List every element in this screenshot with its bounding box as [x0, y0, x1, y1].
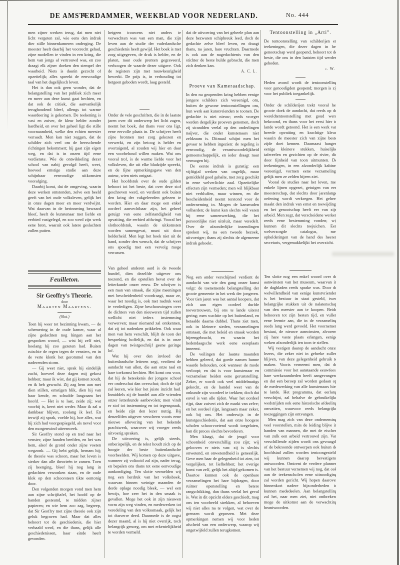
body-text-paragraph: De veilingen der laatste maanden hebben …: [186, 352, 259, 435]
feuilleton-part-label: (Slot.): [28, 315, 101, 320]
section-divider: [212, 271, 234, 272]
scan-edge-artifact-top: [0, 0, 152, 1]
article-block: De tentoonstelling van schilderijen en t…: [264, 39, 336, 75]
scan-smudge: [332, 252, 394, 256]
article-continuation: dat de uitvoering van het geheele plan a…: [186, 30, 259, 82]
feuilleton-rule-top: [28, 271, 101, 274]
column-4: Tentoonstelling in „Arti”. De tentoonste…: [264, 30, 336, 558]
article-block: In den nu geopenden kring hebben eenige …: [186, 92, 259, 268]
body-text-paragraph: Onder de vele geschriften, die in de laa…: [108, 113, 181, 179]
feuilleton-body: Toen hij weer tot bezinning kwam, — de s…: [28, 322, 101, 542]
body-text-paragraph: Vooral de studies naar het leven, met en…: [264, 180, 336, 246]
article-block: Ten slotte nog een enkel woord over de a…: [264, 274, 336, 511]
body-text-paragraph: hetgeen trouwens niet anders te verwacht…: [108, 30, 181, 85]
body-text-paragraph: Nog een ander verschijnsel verdient de a…: [186, 275, 259, 352]
masthead-title: DE AMSTERDAMMER, WEEKBLAD VOOR NEDERLAND…: [28, 13, 280, 20]
body-text-paragraph: Den volgenden morgen vond men hem aan zi…: [28, 487, 101, 542]
column-rule-1: [104, 30, 105, 558]
header-rule: [28, 24, 338, 25]
feuilleton-title: Sir Geoffry's Theorie.: [28, 292, 101, 299]
body-text-paragraph: Het hoofdstuk over de oude gilden behoor…: [108, 179, 181, 256]
article-heading: Tentoonstelling in „Arti”.: [264, 30, 336, 37]
body-text-paragraph: men zijner werken terug, dat men niet li…: [28, 30, 101, 85]
notice-block: Heden avond wordt de tentoonstelling voo…: [264, 80, 336, 97]
column-3: dat de uitvoering van het geheele plan a…: [186, 30, 259, 558]
feuilleton-short-rule: [58, 312, 72, 313]
body-text-paragraph: Wat hij over den invloed der buitenlands…: [108, 354, 181, 437]
body-text-paragraph: Het is dan ook geen wonder, dat de belan…: [28, 85, 101, 184]
body-text-paragraph: Toen hij weer tot bezinning kwam, — de s…: [28, 322, 101, 366]
feuilleton-author: Maarten Maartens.: [28, 304, 101, 310]
section-divider: [290, 271, 312, 272]
body-text-paragraph: De uitvoering is, gelijk steeds, onberis…: [108, 436, 181, 535]
body-text-paragraph: De tentoonstelling van schilderijen en t…: [264, 39, 336, 67]
scan-edge-artifact-left: [7, 0, 8, 130]
body-text-paragraph: Daarbij komt, dat de omgeving, waarin de…: [28, 184, 101, 234]
article-heading: Proeve van Kameraadschap.: [186, 84, 259, 91]
body-text-paragraph: De eerste indruk is gunstig: een vijftig…: [186, 164, 259, 247]
article-block: Onder de schilderijen trekt vooral het g…: [264, 103, 336, 268]
body-text-paragraph: Men mag zich van deze onderneming veel v…: [264, 417, 336, 511]
body-text-paragraph: In den nu geopenden kring hebben eenige …: [186, 92, 259, 164]
body-text-paragraph: Onder de schilderijen trekt vooral het g…: [264, 103, 336, 180]
newspaper-scan-page: 4 DE AMSTERDAMMER, WEEKBLAD VOOR NEDERLA…: [0, 0, 400, 565]
scan-edge-artifact-right: [397, 0, 399, 565]
body-text-paragraph: Wij vestigen daarop de aandacht onzer le…: [264, 346, 336, 418]
section-divider: [140, 110, 150, 111]
column-1: men zijner werken terug, dat men niet li…: [28, 30, 101, 558]
article-block: Van geheel anderen aard is de tweede bun…: [108, 266, 181, 536]
body-text-paragraph: — Gij weet niet, sprak hij eindelijk zac…: [28, 366, 101, 432]
body-text-paragraph: Heden avond wordt de tentoonstelling voo…: [264, 80, 336, 97]
article-block: Onder de vele geschriften, die in de laa…: [108, 113, 181, 266]
feuilleton-rule-bottom: [28, 286, 101, 289]
article-block: Nog een ander verschijnsel verdient de a…: [186, 275, 259, 534]
section-divider: [296, 77, 306, 78]
article-signature: A. C. L.: [186, 69, 259, 75]
column-rule-2: [182, 30, 183, 558]
body-text-paragraph: Van geheel anderen aard is de tweede bun…: [108, 266, 181, 354]
body-text-paragraph: Ten slotte nog een enkel woord over de a…: [264, 274, 336, 346]
section-divider: [296, 100, 306, 101]
column-2: hetgeen trouwens niet anders te verwacht…: [108, 30, 181, 558]
feuilleton-section-label: Feuilleton.: [28, 276, 101, 284]
body-text-paragraph: dat de uitvoering van het geheele plan a…: [186, 30, 259, 69]
column-rule-3: [260, 30, 261, 558]
article-signature: v. W.: [264, 66, 336, 72]
issue-number: No. 444: [286, 13, 309, 19]
article-continuation: men zijner werken terug, dat men niet li…: [28, 30, 101, 268]
article-continuation: hetgeen trouwens niet anders te verwacht…: [108, 30, 181, 107]
body-text-paragraph: Men klaagt, dat de jeugd voor schoonheid…: [186, 434, 259, 533]
body-text-paragraph: Sir Geoffry stond op en trad naar het ve…: [28, 432, 101, 487]
